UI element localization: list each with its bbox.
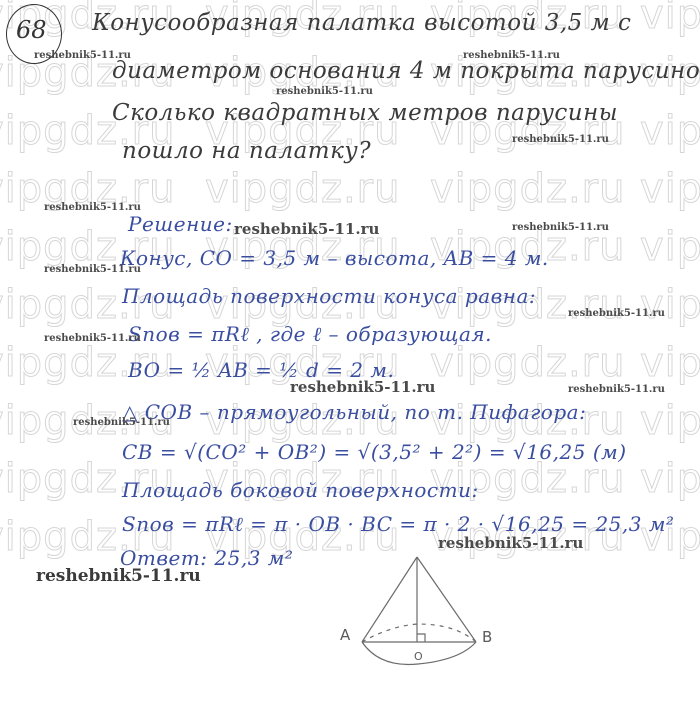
site-watermark: reshebnik5-11.ru [34,50,131,61]
site-watermark: reshebnik5-11.ru [36,566,201,586]
cone-right-side [417,557,476,642]
site-watermark: reshebnik5-11.ru [438,534,583,552]
label-b: B [482,628,492,646]
right-angle-mark [417,634,425,642]
site-watermark: reshebnik5-11.ru [44,202,141,213]
site-watermark: reshebnik5-11.ru [234,220,379,238]
site-watermark: reshebnik5-11.ru [512,222,609,233]
site-watermark: reshebnik5-11.ru [276,86,373,97]
label-a: A [340,626,351,644]
cone-diagram: A B O [0,0,700,712]
site-watermark: reshebnik5-11.ru [290,378,435,396]
label-o: O [414,650,423,663]
site-watermark: reshebnik5-11.ru [512,134,609,145]
site-watermark: reshebnik5-11.ru [73,417,170,428]
site-watermark: reshebnik5-11.ru [463,50,560,61]
page: vipgdz.ruvipgdz.ruvipgdz.ruvipgdz.ruvipg… [0,0,700,712]
site-watermark: reshebnik5-11.ru [44,333,141,344]
site-watermark: reshebnik5-11.ru [44,264,141,275]
site-watermark: reshebnik5-11.ru [568,308,665,319]
site-watermark: reshebnik5-11.ru [568,384,665,395]
cone-base-back-arc [362,624,476,642]
